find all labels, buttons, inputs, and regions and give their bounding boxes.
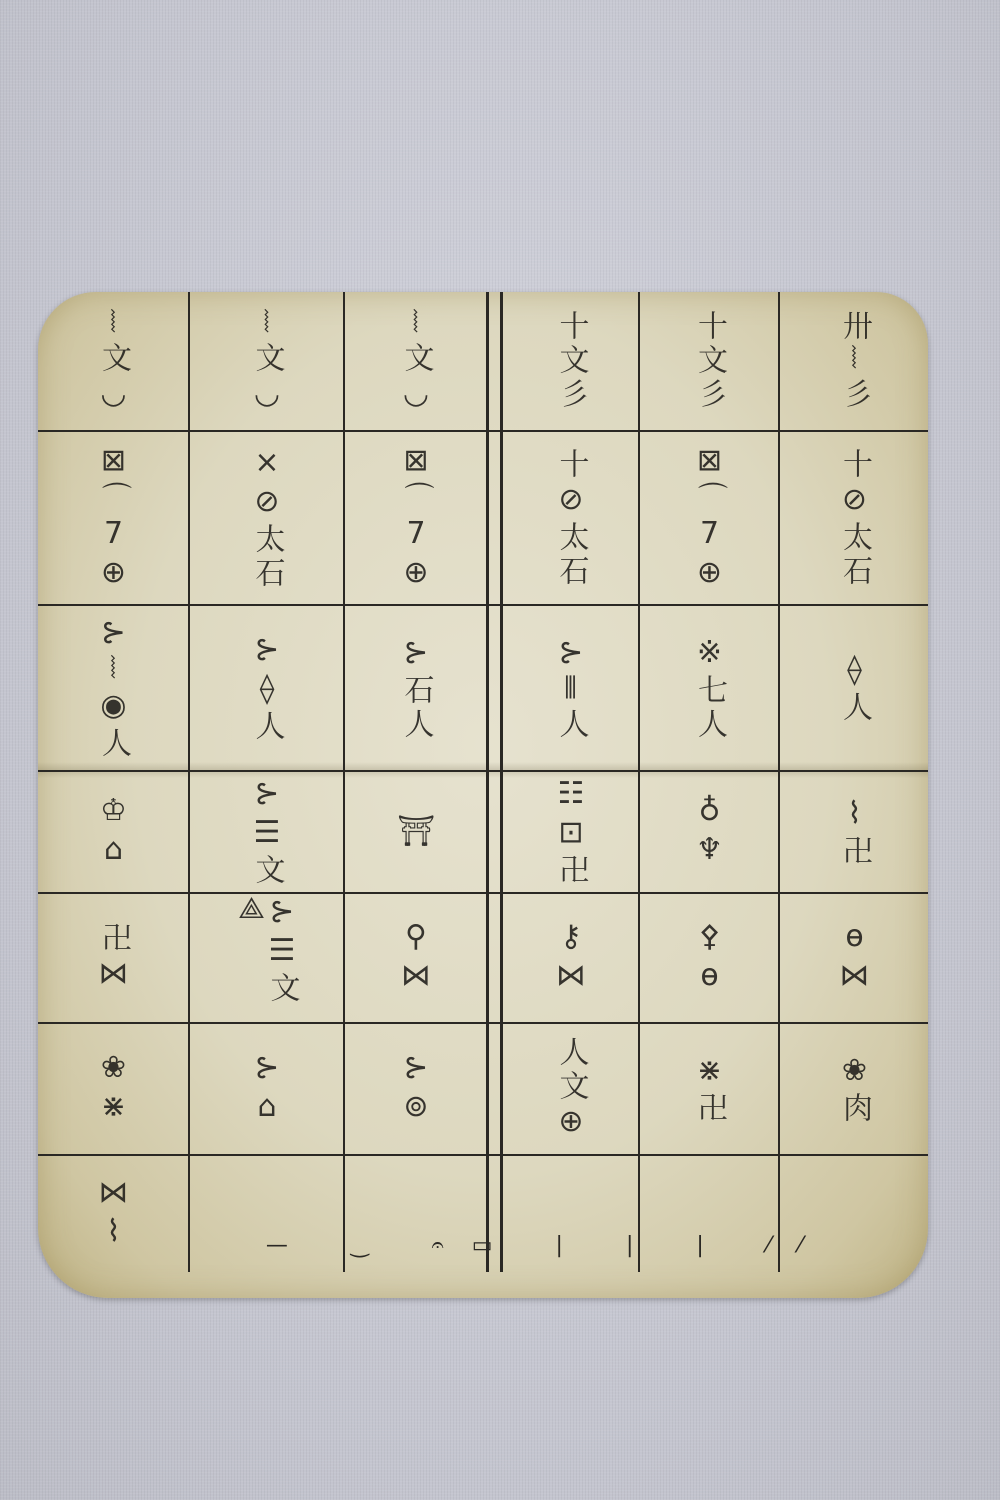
pictograph-glyph: ⊱⦚◉人: [98, 615, 128, 761]
pictograph-glyph: 十⊘太石: [556, 448, 586, 589]
pictograph-glyph: ×⊘太石: [252, 445, 282, 591]
pictograph-glyph: ⊱石人: [401, 635, 431, 742]
footer-marks: — ‿ 𝄐▭ | | | ⁄⁄: [188, 1233, 908, 1258]
pictograph-glyph: 十⊘太石: [839, 448, 869, 589]
grid-line: [486, 292, 489, 1272]
pictograph-glyph: ⌇卍: [839, 796, 869, 869]
pictograph-glyph: 十文彡: [556, 310, 586, 412]
pictograph-glyph: ⚲⋈: [401, 919, 431, 997]
pictograph-glyph: 十文彡: [694, 310, 724, 412]
pictograph-glyph: ⚷⋈: [556, 919, 586, 997]
pictograph-glyph: ⊠⌒7⊕: [98, 443, 128, 594]
pictograph-glyph: 卍⋈: [98, 922, 128, 995]
pictograph-glyph: 卅⦚彡: [839, 310, 869, 412]
pictograph-glyph: ⊱⊚: [401, 1050, 431, 1128]
pictograph-glyph: ♔⌂: [98, 793, 128, 871]
pictograph-glyph: ⊱⌂: [252, 1050, 282, 1128]
manuscript-page: ⦚文◡ ⦚文◡ ⦚文◡ 十文彡 十文彡 卅⦚彡 ⊠⌒7⊕ ×⊘太石 ⊠⌒7⊕ 十…: [38, 292, 928, 1298]
pictograph-glyph: ※七人: [694, 635, 724, 742]
pictograph-glyph: ⊠⌒7⊕: [694, 443, 724, 594]
pictograph-glyph: ⛩: [401, 811, 431, 853]
pictograph-glyph: ⋈⌇: [98, 1175, 128, 1253]
pictograph-glyph: 人文⊕: [556, 1036, 586, 1143]
pictograph-glyph: ⟠人: [839, 652, 869, 725]
pictograph-glyph: ☷⊡卍: [556, 776, 586, 888]
pictograph-glyph: ⊱⦀人: [556, 635, 586, 742]
pictograph-glyph: ɵ⋈: [839, 919, 869, 997]
pictograph-glyph: ⊱☰文: [252, 776, 282, 888]
pictograph-glyph: ⋇卍: [694, 1053, 724, 1126]
pictograph-glyph: ❀⋇: [98, 1050, 128, 1128]
pictograph-glyph: ⦚文◡: [401, 308, 431, 415]
pictograph-glyph: ⊠⌒7⊕: [401, 443, 431, 594]
pictograph-glyph: ⚴ɵ: [694, 919, 724, 997]
pictograph-glyph: ⦚文◡: [98, 308, 128, 415]
pictograph-glyph: ⦚文◡: [252, 308, 282, 415]
pictograph-glyph: ♁♆: [694, 793, 724, 871]
pictograph-glyph: ⊱⟠人: [252, 632, 282, 744]
pictograph-glyph: ❀肉: [839, 1053, 869, 1126]
pictograph-glyph: ⊱☰文⟁: [237, 894, 297, 1022]
